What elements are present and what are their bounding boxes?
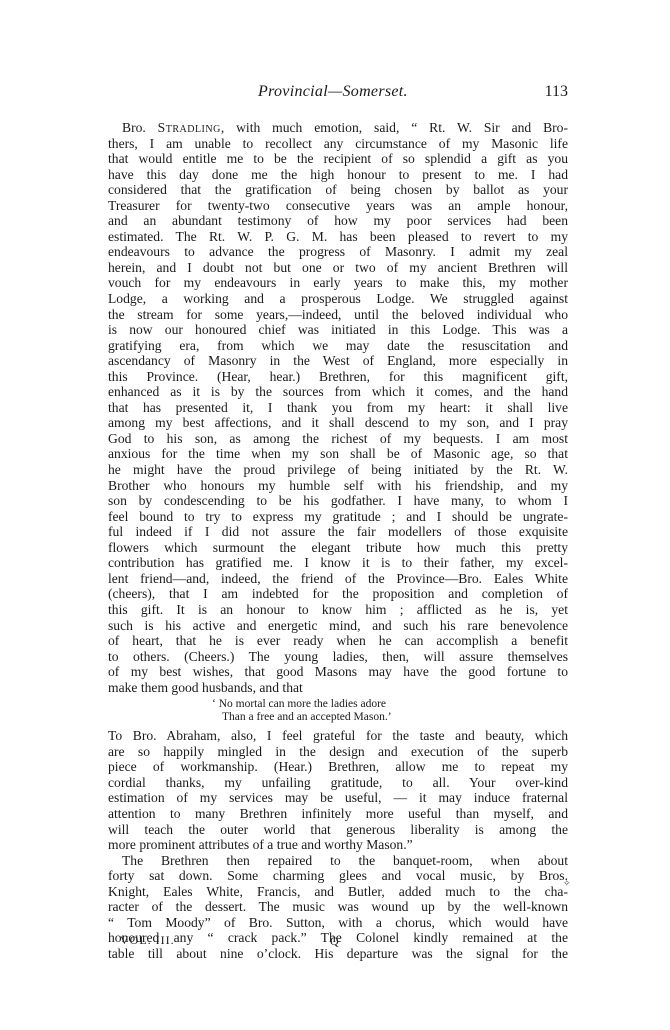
paragraph-line: he might have the proud privilege of bei… [108, 462, 568, 478]
verse-quotation: ‘ No mortal can more the ladies adore Th… [108, 698, 568, 724]
paragraph-line: this gift. It is an honour to know him ;… [108, 602, 568, 618]
paragraph-line: piece of workmanship. (Hear.) Brethren, … [108, 759, 568, 775]
paragraph-line: Knight, Eales White, Francis, and Butler… [108, 884, 568, 900]
paragraph-line: of my best wishes, that good Masons may … [108, 664, 568, 680]
paragraph-line: such is his active and energetic mind, a… [108, 618, 568, 634]
paragraph-line: endeavours to advance the progress of Ma… [108, 244, 568, 260]
paragraph-line: this Province. (Hear, hear.) Brethren, f… [108, 369, 568, 385]
paragraph-line: ful indeed if I did not assure the fair … [108, 524, 568, 540]
body-text: Bro. Stradling, with much emotion, said,… [108, 120, 568, 961]
paragraph-line: estimated. The Rt. W. P. G. M. has been … [108, 229, 568, 245]
paragraph-line: ascendancy of Masonry in the West of Eng… [108, 353, 568, 369]
paragraph-line: that would entitle me to be the recipien… [108, 151, 568, 167]
paragraph-line: that has presented it, I thank you from … [108, 400, 568, 416]
running-title: Provincial—Somerset. [258, 83, 408, 101]
paragraph-line: among my best affections, and it shall d… [108, 415, 568, 431]
paragraph-line: forty sat down. Some charming glees and … [108, 868, 568, 884]
paragraph-line: have this day done me the high honour to… [108, 167, 568, 183]
paragraph-line: thers, I am unable to recollect any circ… [108, 136, 568, 152]
paragraph-line: Bro. Stradling, with much emotion, said,… [108, 120, 568, 136]
verse-line: ‘ No mortal can more the ladies adore [108, 698, 568, 711]
page-footer: VOL. III. Q [108, 933, 568, 951]
speaker-name: Stradling [158, 120, 221, 135]
signature-mark: Q [330, 934, 339, 949]
paragraph-line: To Bro. Abraham, also, I feel grateful f… [108, 728, 568, 744]
verse-line: Than a free and an accepted Mason.’ [108, 711, 568, 724]
paragraph-line: The Brethren then repaired to the banque… [108, 853, 568, 869]
paragraph-line: attention to many Brethren infinitely mo… [108, 806, 568, 822]
paragraph-line: God to his son, as among the richest of … [108, 431, 568, 447]
paragraph-line: anxious for the time when my son shall b… [108, 446, 568, 462]
running-head: Provincial—Somerset. 113 [108, 83, 568, 103]
paragraph-line: more prominent attributes of a true and … [108, 837, 568, 853]
paragraph-line: flowers which surmount the elegant tribu… [108, 540, 568, 556]
paragraph-line: estimation of my services may be useful,… [108, 790, 568, 806]
paragraph-line: feel bound to try to express my gratitud… [108, 509, 568, 525]
paragraph-line: of heart, that he is ever ready when he … [108, 633, 568, 649]
paragraph-line: make them good husbands, and that [108, 680, 568, 696]
paragraph-line: racter of the dessert. The music was wou… [108, 899, 568, 915]
paragraph-line: contribution has gratified me. I know it… [108, 555, 568, 571]
paragraph-line: are so happily mingled in the design and… [108, 744, 568, 760]
paragraph-line: Brother who honours my humble self with … [108, 478, 568, 494]
paragraph-line: Lodge, a working and a prosperous Lodge.… [108, 291, 568, 307]
paragraph-line: cordial thanks, my unfailing gratitude, … [108, 775, 568, 791]
paragraph-line: “ Tom Moody” of Bro. Sutton, with a chor… [108, 915, 568, 931]
paragraph-line: Treasurer for twenty-two consecutive yea… [108, 198, 568, 214]
paragraph-line: gratifying era, from which we may date t… [108, 338, 568, 354]
paragraph-line: (cheers), that I am indebted for the pro… [108, 586, 568, 602]
paragraph-line: lent friend—and, indeed, the friend of t… [108, 571, 568, 587]
paragraph-line: to others. (Cheers.) The young ladies, t… [108, 649, 568, 665]
paragraph-line: will teach the outer world that generous… [108, 822, 568, 838]
page-number: 113 [545, 83, 568, 101]
paragraph-line: son by condescending to be his godfather… [108, 493, 568, 509]
paragraph-line: the stream for some years,—indeed, until… [108, 307, 568, 323]
paragraph-line: considered that the gratification of bei… [108, 182, 568, 198]
paragraph-line: enhanced as it is by the sources from wh… [108, 384, 568, 400]
paragraph-line: vouch for my endeavours in early years t… [108, 275, 568, 291]
paragraph-line: and an abundant testimony of how my poor… [108, 213, 568, 229]
book-page: Provincial—Somerset. 113 Bro. Stradling,… [0, 0, 670, 1030]
margin-mark-icon: ✧ [563, 878, 571, 889]
paragraph-line: herein, and I doubt not but one or two o… [108, 260, 568, 276]
paragraph-line: is now our honoured chief was initiated … [108, 322, 568, 338]
volume-label: VOL. III. [120, 933, 175, 948]
